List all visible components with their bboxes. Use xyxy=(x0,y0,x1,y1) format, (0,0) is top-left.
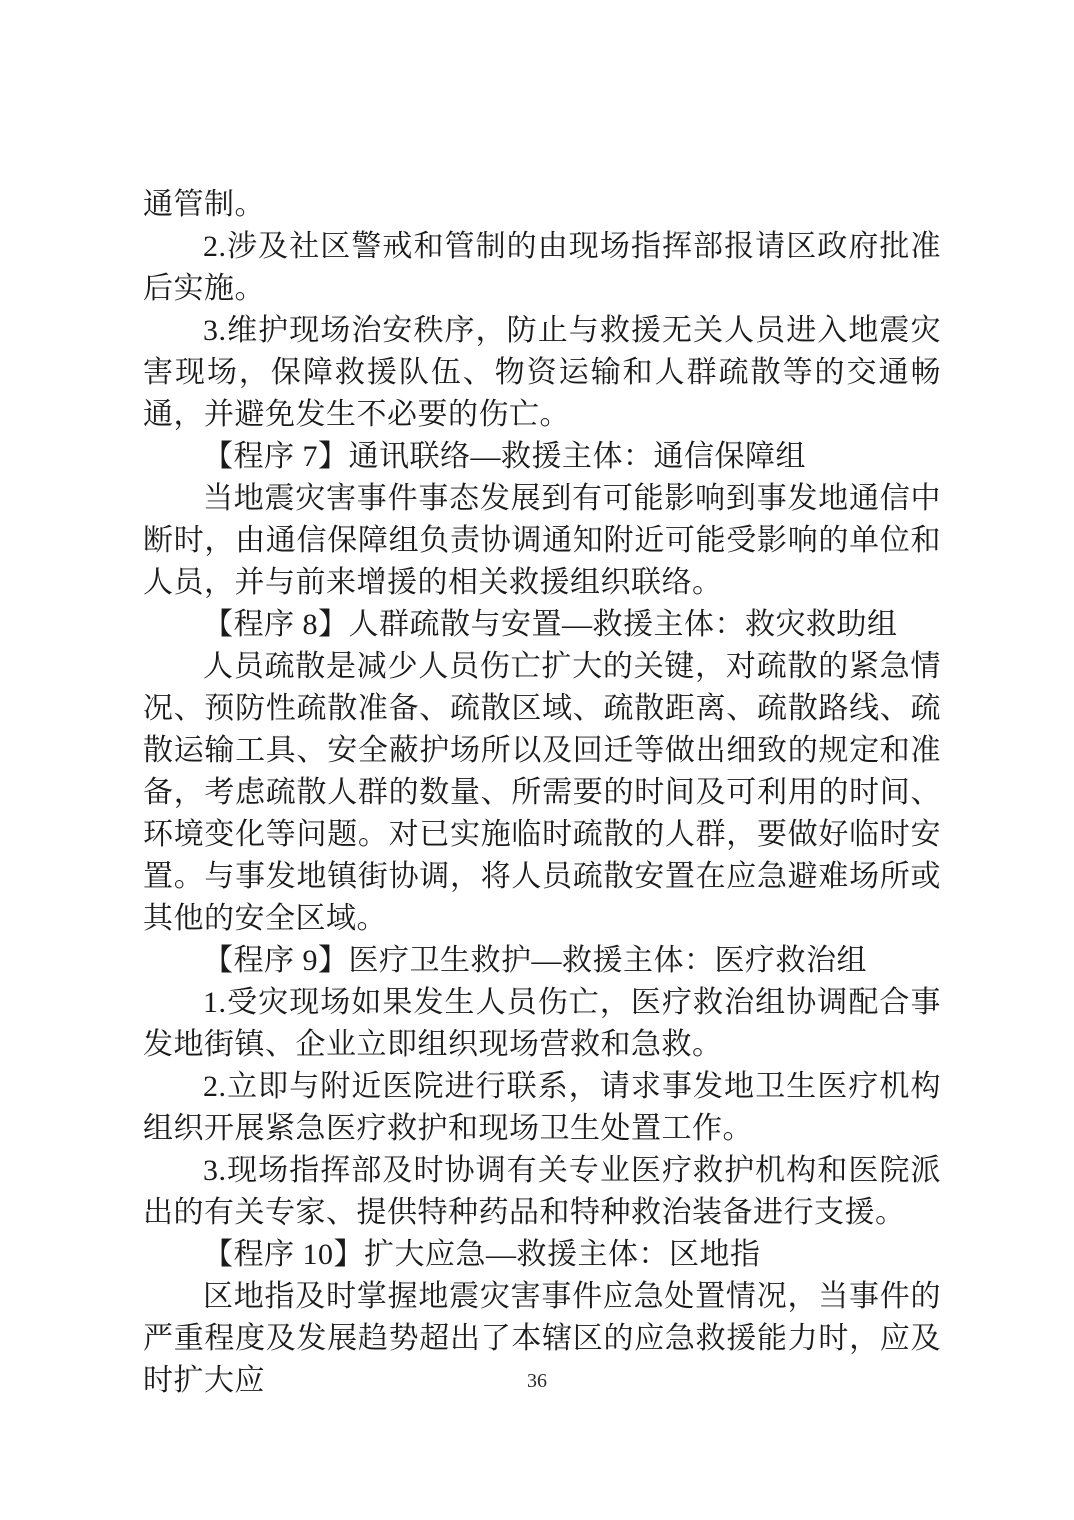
paragraph: 1.受灾现场如果发生人员伤亡，医疗救治组协调配合事发地街镇、企业立即组织现场营救… xyxy=(143,982,941,1066)
paragraph: 2.涉及社区警戒和管制的由现场指挥部报请区政府批准后实施。 xyxy=(143,226,941,310)
paragraph: 3.维护现场治安秩序，防止与救援无关人员进入地震灾害现场，保障救援队伍、物资运输… xyxy=(143,310,941,436)
document-page: 通管制。 2.涉及社区警戒和管制的由现场指挥部报请区政府批准后实施。 3.维护现… xyxy=(0,0,1074,1520)
procedure-heading-9: 【程序 9】医疗卫生救护—救援主体：医疗救治组 xyxy=(143,940,941,982)
paragraph: 当地震灾害事件事态发展到有可能影响到事发地通信中断时，由通信保障组负责协调通知附… xyxy=(143,478,941,604)
page-number: 36 xyxy=(0,1370,1074,1393)
paragraph: 3.现场指挥部及时协调有关专业医疗救护机构和医院派出的有关专家、提供特种药品和特… xyxy=(143,1150,941,1234)
document-body: 通管制。 2.涉及社区警戒和管制的由现场指挥部报请区政府批准后实施。 3.维护现… xyxy=(143,184,941,1402)
procedure-heading-10: 【程序 10】扩大应急—救援主体：区地指 xyxy=(143,1234,941,1276)
paragraph-continuation: 通管制。 xyxy=(143,184,941,226)
paragraph: 人员疏散是减少人员伤亡扩大的关键，对疏散的紧急情况、预防性疏散准备、疏散区域、疏… xyxy=(143,646,941,940)
procedure-heading-7: 【程序 7】通讯联络—救援主体：通信保障组 xyxy=(143,436,941,478)
paragraph: 2.立即与附近医院进行联系，请求事发地卫生医疗机构组织开展紧急医疗救护和现场卫生… xyxy=(143,1066,941,1150)
procedure-heading-8: 【程序 8】人群疏散与安置—救援主体：救灾救助组 xyxy=(143,604,941,646)
